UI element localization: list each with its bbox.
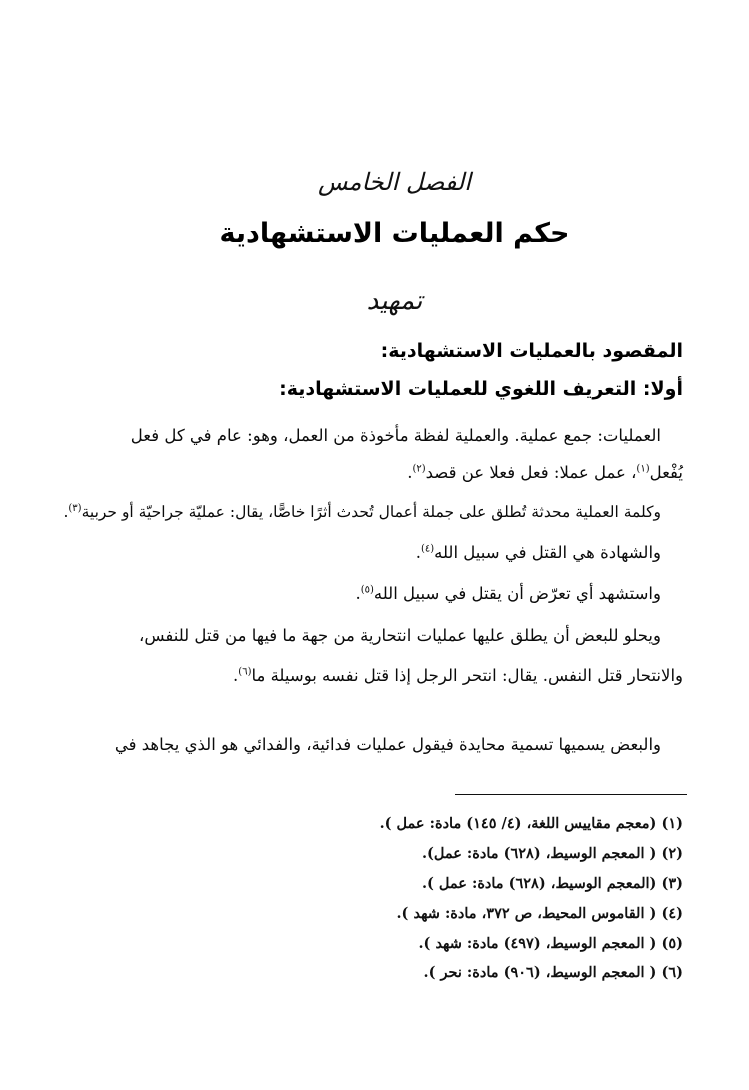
- body-line: ويحلو للبعض أن يطلق عليها عمليات انتحاري…: [139, 626, 661, 645]
- body-line: واستشهد أي تعرّض أن يقتل في سبيل الله(٥)…: [355, 584, 661, 603]
- footnote-ref[interactable]: (٤): [421, 544, 434, 555]
- footnote-1: (١) (معجم مقاييس اللغة، (٤/ ١٤٥) مادة: ع…: [380, 815, 683, 832]
- body-text: العمليات: جمع عملية. والعملية لفظة مأخوذ…: [131, 426, 661, 445]
- footnote-ref[interactable]: (٥): [361, 585, 374, 596]
- body-text: والانتحار قتل النفس. يقال: انتحر الرجل إ…: [251, 666, 683, 685]
- chapter-label: الفصل الخامس: [40, 168, 749, 196]
- footnote-4: (٤) ( القاموس المحيط، ص ٣٧٢، مادة: شهد )…: [397, 905, 684, 922]
- body-line: يُفْعل(١)، عمل عملا: فعل فعلا عن قصد(٢).: [407, 463, 683, 482]
- body-text: واستشهد أي تعرّض أن يقتل في سبيل الله: [374, 584, 661, 603]
- body-line: العمليات: جمع عملية. والعملية لفظة مأخوذ…: [131, 426, 661, 445]
- footnote-3: (٣) (المعجم الوسيط، (٦٢٨) مادة: عمل ).: [422, 875, 683, 892]
- body-line: والشهادة هي القتل في سبيل الله(٤).: [416, 543, 661, 562]
- footnote-ref[interactable]: (٢): [412, 464, 425, 475]
- section-label: تمهيد: [40, 286, 749, 316]
- chapter-title: حكم العمليات الاستشهادية: [40, 218, 749, 249]
- body-line: وكلمة العملية محدثة تُطلق على جملة أعمال…: [63, 503, 661, 521]
- body-line: والبعض يسميها تسمية محايدة فيقول عمليات …: [115, 735, 661, 754]
- body-line: والانتحار قتل النفس. يقال: انتحر الرجل إ…: [233, 666, 683, 685]
- book-page: الفصل الخامس حكم العمليات الاستشهادية تم…: [0, 0, 749, 1090]
- subheading-linguistic-definition: أولا: التعريف اللغوي للعمليات الاستشهادي…: [279, 378, 683, 400]
- footnote-ref[interactable]: (١): [636, 464, 649, 475]
- footnote-2: (٢) ( المعجم الوسيط، (٦٢٨) مادة: عمل).: [422, 845, 683, 862]
- body-text: ويحلو للبعض أن يطلق عليها عمليات انتحاري…: [139, 626, 661, 645]
- footnote-5: (٥) ( المعجم الوسيط، (٤٩٧) مادة: شهد ).: [418, 935, 683, 952]
- footnote-divider: [455, 794, 687, 795]
- footnote-ref[interactable]: (٦): [238, 667, 251, 678]
- body-text: يُفْعل: [650, 463, 683, 482]
- body-text: ، عمل عملا: فعل فعلا عن قصد: [426, 463, 637, 482]
- footnote-6: (٦) ( المعجم الوسيط، (٩٠٦) مادة: نحر ).: [424, 964, 683, 981]
- footnote-ref[interactable]: (٣): [68, 503, 81, 514]
- body-text: والبعض يسميها تسمية محايدة فيقول عمليات …: [115, 735, 661, 754]
- subheading-purpose: المقصود بالعمليات الاستشهادية:: [381, 340, 683, 362]
- body-text: وكلمة العملية محدثة تُطلق على جملة أعمال…: [82, 503, 661, 521]
- body-text: والشهادة هي القتل في سبيل الله: [434, 543, 661, 562]
